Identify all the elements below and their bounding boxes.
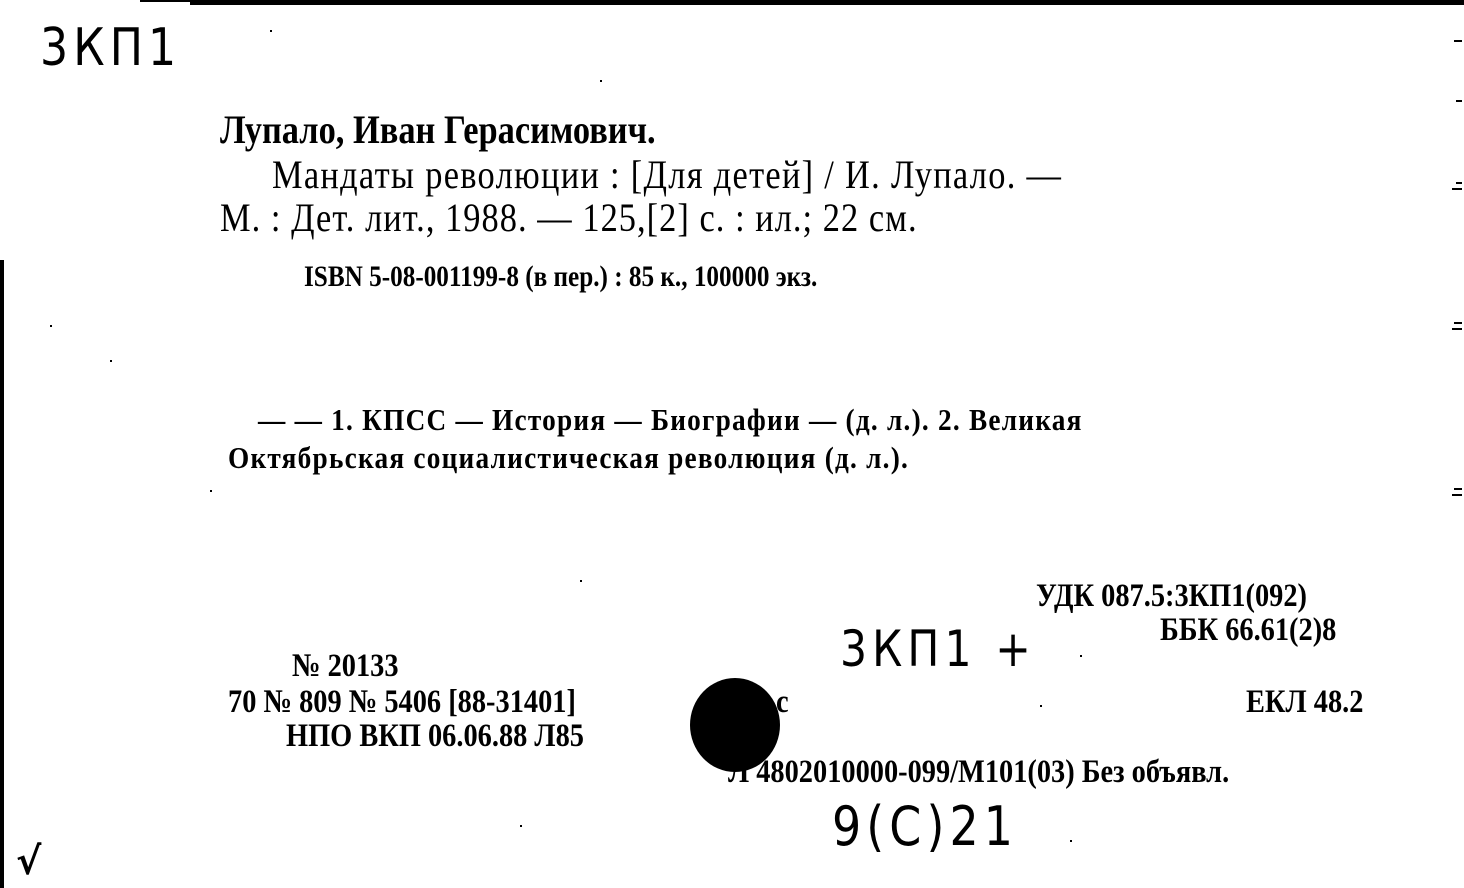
- check-mark-icon: √: [16, 842, 41, 880]
- scan-speck: [110, 360, 112, 362]
- order-line: 70 № 809 № 5406 [88-31401]: [228, 686, 576, 719]
- handwritten-code-top: 3КП1: [40, 22, 181, 74]
- scan-speck: [270, 30, 272, 32]
- scan-speck: [50, 325, 52, 327]
- publisher-line: НПО ВКП 06.06.88 Л85: [286, 720, 584, 753]
- imprint-statement: М. : Дет. лит., 1988. — 125,[2] с. : ил.…: [220, 198, 918, 238]
- title-statement: Мандаты революции : [Для детей] / И. Луп…: [272, 155, 1062, 195]
- scan-speck: [600, 80, 602, 82]
- udc-code: УДК 087.5:3КП1(092): [1036, 580, 1307, 613]
- isbn-statement: ISBN 5-08-001199-8 (в пер.) : 85 к., 100…: [304, 262, 817, 292]
- scan-speck: [210, 490, 212, 492]
- scan-speck: [1080, 655, 1082, 657]
- scan-speck: [520, 825, 522, 827]
- card-number: № 20133: [292, 650, 399, 683]
- author-heading: Лупало, Иван Герасимович.: [220, 110, 656, 150]
- card-left-edge: [0, 260, 4, 888]
- subject-tracing-line-1: — — 1. КПСС — История — Биографии — (д. …: [258, 404, 1083, 435]
- catalog-card: 3КП1 3КП1 + 9(С)21 √ Лупало, Иван Гераси…: [0, 0, 1464, 888]
- punch-hole: [690, 678, 780, 772]
- handwritten-code-middle: 3КП1 +: [840, 624, 1036, 674]
- ekl-code: ЕКЛ 48.2: [1246, 686, 1363, 719]
- subject-tracing-line-2: Октябрьская социалистическая революция (…: [228, 442, 909, 473]
- handwritten-code-bottom: 9(С)21: [832, 800, 1018, 854]
- card-top-edge: [190, 0, 1464, 5]
- scan-speck: [580, 580, 582, 582]
- code-line: Л 4802010000-099/М101(03) Без объявл.: [728, 756, 1229, 789]
- scan-speck: [1070, 840, 1072, 842]
- card-top-edge-left: [140, 0, 200, 2]
- scan-speck: [1040, 705, 1042, 707]
- bbk-code: ББК 66.61(2)8: [1160, 614, 1336, 647]
